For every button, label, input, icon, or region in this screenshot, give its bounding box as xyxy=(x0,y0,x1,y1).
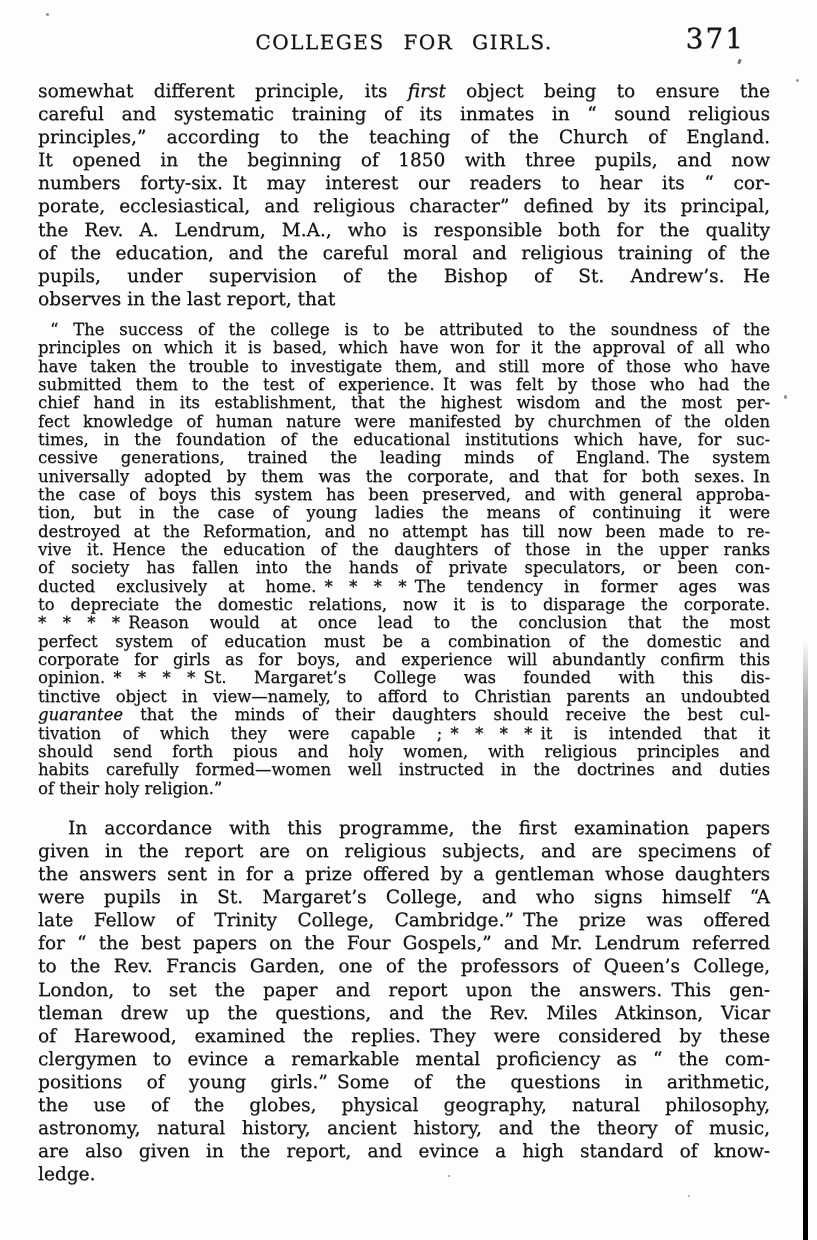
text-line: principles on which it is based, which h… xyxy=(38,339,770,357)
text-line: positions of young girls.” Some of the q… xyxy=(38,1071,770,1094)
text-line: for “ the best papers on the Four Gospel… xyxy=(38,932,770,955)
text-line: principles,” according to the teaching o… xyxy=(38,126,770,149)
text-body: somewhat different principle, its first … xyxy=(38,80,770,1186)
text-line: should send forth pious and holy women, … xyxy=(38,743,770,761)
text-line: astronomy, natural history, ancient hist… xyxy=(38,1117,770,1140)
text-line: the case of boys this system has been pr… xyxy=(38,486,770,504)
scan-gutter-shadow xyxy=(803,640,808,1240)
text-line: observes in the last report, that xyxy=(38,288,770,311)
scan-speck xyxy=(796,79,799,82)
scan-speck xyxy=(784,395,787,399)
text-line: the Rev. A. Lendrum, M.A., who is respon… xyxy=(38,219,770,242)
text-line: to the Rev. Francis Garden, one of the p… xyxy=(38,955,770,978)
text-line: fect knowledge of human nature were mani… xyxy=(38,413,770,431)
text-line: of the education, and the careful moral … xyxy=(38,242,770,265)
text-line: habits carefully formed—women well instr… xyxy=(38,761,770,779)
text-line: It opened in the beginning of 1850 with … xyxy=(38,149,770,172)
text-line: have taken the trouble to investigate th… xyxy=(38,358,770,376)
text-line: tinctive object in view—namely, to affor… xyxy=(38,688,770,706)
scan-speck xyxy=(737,59,742,65)
page-number: 371 xyxy=(686,22,745,55)
text-line: somewhat different principle, its first … xyxy=(38,80,770,103)
text-line: perfect system of education must be a co… xyxy=(38,633,770,651)
text-line: given in the report are on religious sub… xyxy=(38,840,770,863)
text-line: of their holy religion.” xyxy=(38,780,770,798)
running-header-title: COLLEGES FOR GIRLS. xyxy=(38,30,770,54)
text-line: * * * * Reason would at once lead to the… xyxy=(38,614,770,632)
text-line: submitted them to the test of experience… xyxy=(38,376,770,394)
text-line: universally adopted by them was the corp… xyxy=(38,468,770,486)
text-line: careful and systematic training of its i… xyxy=(38,103,770,126)
text-line: clergymen to evince a remarkable mental … xyxy=(38,1048,770,1071)
text-line: numbers forty-six. It may interest our r… xyxy=(38,172,770,195)
text-line: tivation of which they were capable ; * … xyxy=(38,725,770,743)
text-line: ledge. xyxy=(38,1163,770,1186)
text-line: the use of the globes, physical geograph… xyxy=(38,1094,770,1117)
scan-speck xyxy=(268,41,270,43)
text-line: destroyed at the Reformation, and no att… xyxy=(38,523,770,541)
text-line: porate, ecclesiastical, and religious ch… xyxy=(38,195,770,218)
text-line: times, in the foundation of the educatio… xyxy=(38,431,770,449)
report-quote: “ The success of the college is to be at… xyxy=(38,321,770,798)
text-line: ducted exclusively at home. * * * * The … xyxy=(38,578,770,596)
scan-speck xyxy=(448,1175,450,1177)
text-line: pupils, under supervision of the Bishop … xyxy=(38,265,770,288)
text-line: vive it. Hence the education of the daug… xyxy=(38,541,770,559)
text-line: tion, but in the case of young ladies th… xyxy=(38,504,770,522)
text-line: of Harewood, examined the replies. They … xyxy=(38,1025,770,1048)
text-line: London, to set the paper and report upon… xyxy=(38,979,770,1002)
text-line: chief hand in its establishment, that th… xyxy=(38,394,770,412)
text-line: the answers sent in for a prize offered … xyxy=(38,863,770,886)
text-line: tleman drew up the questions, and the Re… xyxy=(38,1002,770,1025)
scan-speck xyxy=(46,13,49,16)
text-line: were pupils in St. Margaret’s College, a… xyxy=(38,886,770,909)
scan-speck xyxy=(688,1195,690,1197)
text-line: are also given in the report, and evince… xyxy=(38,1140,770,1163)
scanned-page: COLLEGES FOR GIRLS. 371 somewhat differe… xyxy=(0,0,817,1240)
text-line: to depreciate the domestic relations, no… xyxy=(38,596,770,614)
text-line: corporate for girls as for boys, and exp… xyxy=(38,651,770,669)
intro-paragraph: somewhat different principle, its first … xyxy=(38,80,770,311)
text-line: of society has fallen into the hands of … xyxy=(38,559,770,577)
text-line: “ The success of the college is to be at… xyxy=(38,321,770,339)
text-line: guarantee that the minds of their daught… xyxy=(38,706,770,724)
text-line: opinion. * * * * St. Margaret’s College … xyxy=(38,669,770,687)
text-line: late Fellow of Trinity College, Cambridg… xyxy=(38,909,770,932)
examination-paragraph: In accordance with this programme, the f… xyxy=(38,817,770,1187)
text-line: cessive generations, trained the leading… xyxy=(38,449,770,467)
text-line: In accordance with this programme, the f… xyxy=(38,817,770,840)
